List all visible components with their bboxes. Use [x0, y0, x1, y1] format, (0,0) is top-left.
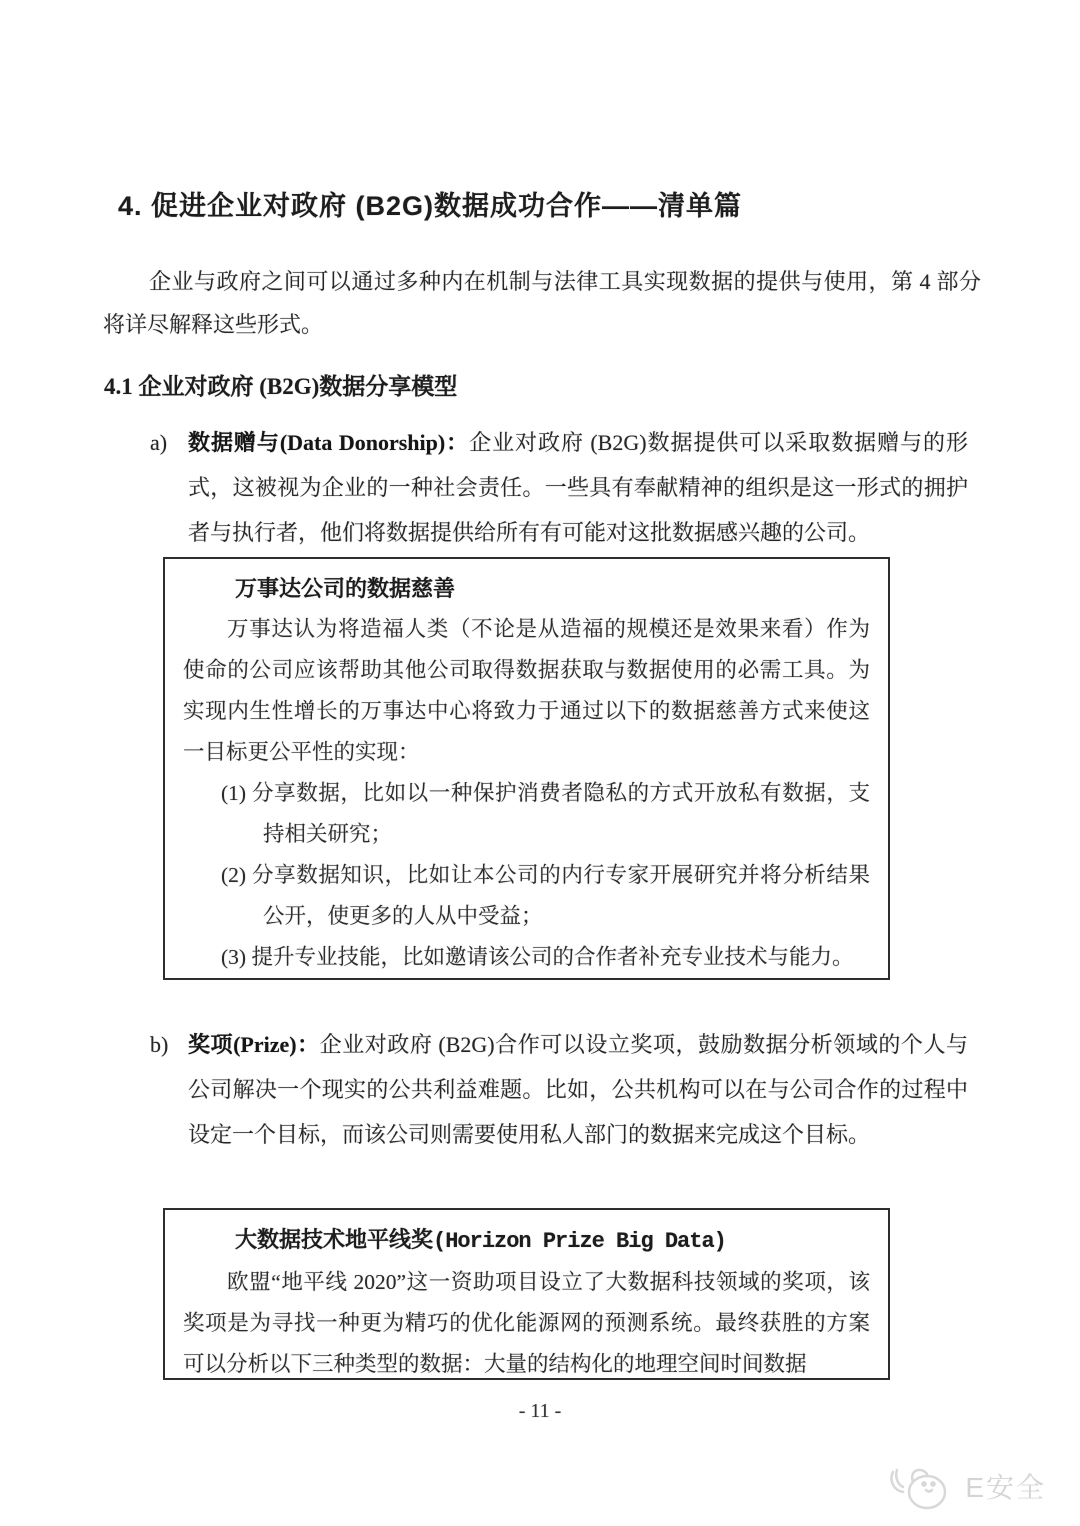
callout-paragraph-horizon: 欧盟“地平线 2020”这一资助项目设立了大数据科技领域的奖项，该奖项是为寻找一…	[183, 1262, 870, 1385]
page-number: - 11 -	[0, 1400, 1080, 1423]
callout-list-item-1: (1) 分享数据，比如以一种保护消费者隐私的方式开放私有数据，支持相关研究；	[221, 773, 870, 855]
callout-list-text-1: 分享数据，比如以一种保护消费者隐私的方式开放私有数据，支持相关研究；	[252, 781, 870, 846]
list-marker-a: a)	[150, 420, 188, 465]
callout-list-num-2: (2)	[221, 863, 252, 887]
callout-box-horizon-prize: 大数据技术地平线奖(Horizon Prize Big Data) 欧盟“地平线…	[163, 1208, 890, 1380]
page-title: 4. 促进企业对政府 (B2G)数据成功合作——清单篇	[118, 184, 742, 223]
callout-list-item-2: (2) 分享数据知识，比如让本公司的内行专家开展研究并将分析结果公开，使更多的人…	[221, 855, 870, 937]
document-page: 4. 促进企业对政府 (B2G)数据成功合作——清单篇 企业与政府之间可以通过多…	[0, 0, 1080, 1526]
list-item-b: b) 奖项(Prize)：企业对政府 (B2G)合作可以设立奖项，鼓励数据分析领…	[150, 1022, 968, 1157]
list-text-b: 奖项(Prize)：企业对政府 (B2G)合作可以设立奖项，鼓励数据分析领域的个…	[188, 1022, 968, 1157]
callout-list-num-1: (1)	[221, 781, 252, 805]
callout-title-horizon: 大数据技术地平线奖(Horizon Prize Big Data)	[235, 1219, 870, 1262]
watermark: E安全	[883, 1460, 1046, 1512]
list-item-a: a) 数据赠与(Data Donorship)：企业对政府 (B2G)数据提供可…	[150, 420, 968, 555]
penguin-logo-icon	[883, 1460, 957, 1512]
callout-list-text-3: 提升专业技能，比如邀请该公司的合作者补充专业技术与能力。	[251, 945, 853, 969]
callout-box-mastercard: 万事达公司的数据慈善 万事达认为将造福人类（不论是从造福的规模还是效果来看）作为…	[163, 557, 890, 980]
callout-title-horizon-zh: 大数据技术地平线奖	[235, 1227, 433, 1252]
list-lead-b: 奖项(Prize)：	[188, 1032, 320, 1057]
callout-title-horizon-en: (Horizon Prize Big Data)	[433, 1229, 726, 1254]
list-marker-b: b)	[150, 1022, 188, 1067]
list-lead-a: 数据赠与(Data Donorship)：	[188, 430, 469, 455]
callout-paragraph-mastercard: 万事达认为将造福人类（不论是从造福的规模还是效果来看）作为使命的公司应该帮助其他…	[183, 609, 870, 773]
callout-list-text-2: 分享数据知识，比如让本公司的内行专家开展研究并将分析结果公开，使更多的人从中受益…	[252, 863, 870, 928]
watermark-text: E安全	[965, 1466, 1046, 1506]
list-text-a: 数据赠与(Data Donorship)：企业对政府 (B2G)数据提供可以采取…	[188, 420, 968, 555]
callout-list-num-3: (3)	[221, 945, 251, 969]
intro-paragraph: 企业与政府之间可以通过多种内在机制与法律工具实现数据的提供与使用，第 4 部分将…	[103, 260, 981, 346]
callout-list-item-3: (3) 提升专业技能，比如邀请该公司的合作者补充专业技术与能力。	[221, 937, 870, 978]
callout-title-mastercard: 万事达公司的数据慈善	[235, 568, 870, 609]
section-heading: 4.1 企业对政府 (B2G)数据分享模型	[104, 368, 457, 401]
